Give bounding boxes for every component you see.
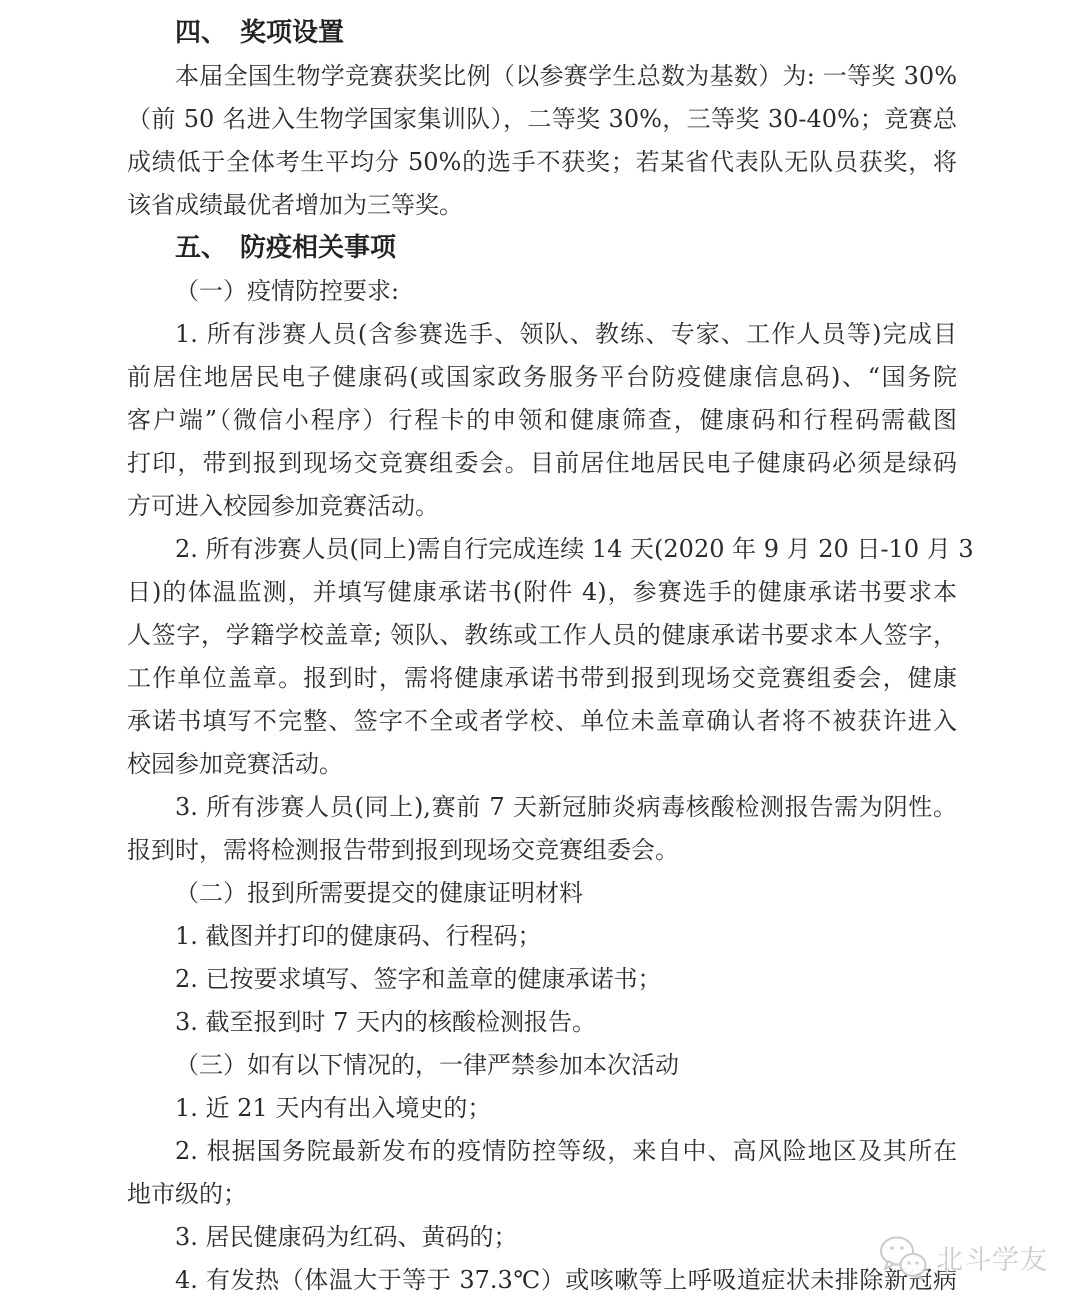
text-line: 1. 所有涉赛人员(含参赛选手、领队、教练、专家、工作人员等)完成目 (127, 313, 957, 356)
text-line: 2. 根据国务院最新发布的疫情防控等级，来自中、高风险地区及其所在 (127, 1130, 957, 1173)
text-line: 2. 所有涉赛人员(同上)需自行完成连续 14 天(2020 年 9 月 20 … (127, 528, 957, 571)
section-heading: 五、 防疫相关事项 (127, 227, 957, 270)
text-line: 校园参加竞赛活动。 (127, 743, 957, 786)
text-line: 报到时，需将检测报告带到报到现场交竞赛组委会。 (127, 829, 957, 872)
text-line: 人签字，学籍学校盖章; 领队、教练或工作人员的健康承诺书要求本人签字， (127, 614, 957, 657)
text-line: （一）疫情防控要求: (127, 270, 957, 313)
text-line: 该省成绩最优者增加为三等奖。 (127, 184, 957, 227)
text-line: （二）报到所需要提交的健康证明材料 (127, 872, 957, 915)
text-line: 本届全国生物学竞赛获奖比例（以参赛学生总数为基数）为: 一等奖 30% (127, 55, 957, 98)
text-line: （前 50 名进入生物学国家集训队），二等奖 30%，三等奖 30-40%；竞赛… (127, 98, 957, 141)
wechat-icon (878, 1234, 928, 1280)
watermark-label: 北斗学友 (936, 1238, 1048, 1277)
text-line: （三）如有以下情况的，一律严禁参加本次活动 (127, 1044, 957, 1087)
watermark: 北斗学友 (878, 1234, 1048, 1280)
document-body: 四、 奖项设置本届全国生物学竞赛获奖比例（以参赛学生总数为基数）为: 一等奖 3… (127, 12, 957, 1302)
text-line: 1. 近 21 天内有出入境史的； (127, 1087, 957, 1130)
text-line: 4. 有发热（体温大于等于 37.3℃）或咳嗽等上呼吸道症状未排除新冠病 (127, 1259, 957, 1302)
section-heading: 四、 奖项设置 (127, 12, 957, 55)
text-line: 3. 所有涉赛人员(同上),赛前 7 天新冠肺炎病毒核酸检测报告需为阴性。 (127, 786, 957, 829)
text-line: 打印，带到报到现场交竞赛组委会。目前居住地居民电子健康码必须是绿码 (127, 442, 957, 485)
text-line: 地市级的； (127, 1173, 957, 1216)
text-line: 1. 截图并打印的健康码、行程码； (127, 915, 957, 958)
text-line: 3. 居民健康码为红码、黄码的； (127, 1216, 957, 1259)
text-line: 前居住地居民电子健康码(或国家政务服务平台防疫健康信息码)、“国务院 (127, 356, 957, 399)
text-line: 2. 已按要求填写、签字和盖章的健康承诺书； (127, 958, 957, 1001)
text-line: 承诺书填写不完整、签字不全或者学校、单位未盖章确认者将不被获许进入 (127, 700, 957, 743)
text-line: 3. 截至报到时 7 天内的核酸检测报告。 (127, 1001, 957, 1044)
text-line: 日)的体温监测，并填写健康承诺书(附件 4)，参赛选手的健康承诺书要求本 (127, 571, 957, 614)
text-line: 客户端”（微信小程序）行程卡的申领和健康筛查，健康码和行程码需截图 (127, 399, 957, 442)
text-line: 工作单位盖章。报到时，需将健康承诺书带到报到现场交竞赛组委会，健康 (127, 657, 957, 700)
text-line: 成绩低于全体考生平均分 50%的选手不获奖；若某省代表队无队员获奖，将 (127, 141, 957, 184)
document-page: 四、 奖项设置本届全国生物学竞赛获奖比例（以参赛学生总数为基数）为: 一等奖 3… (0, 0, 1080, 1315)
text-line: 方可进入校园参加竞赛活动。 (127, 485, 957, 528)
